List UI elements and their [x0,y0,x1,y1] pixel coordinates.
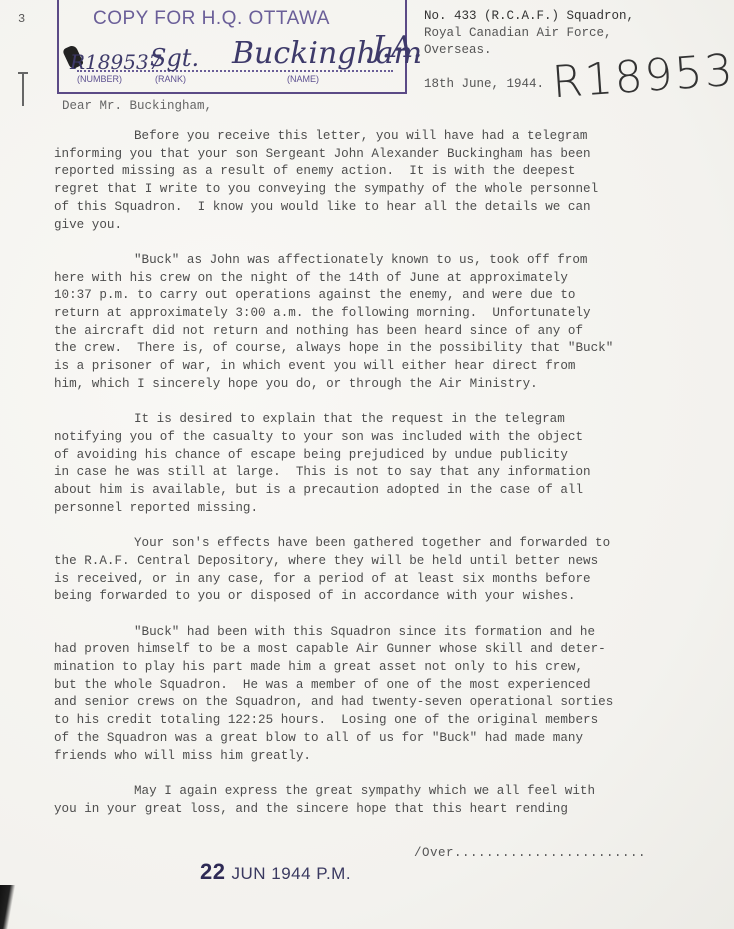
text-line: is received, or in any case, for a perio… [54,571,714,589]
text-line: you in your great loss, and the sincere … [54,801,714,819]
text-line: of the Squadron was a great blow to all … [54,730,714,748]
text-line: in case he was still at large. This is n… [54,464,714,482]
text-line: of avoiding his chance of escape being p… [54,447,714,465]
address-line: No. 433 (R.C.A.F.) Squadron, [424,8,634,25]
text-line: notifying you of the casualty to your so… [54,429,714,447]
letter-paragraph: "Buck" had been with this Squadron since… [54,624,714,766]
text-line: personnel reported missing. [54,500,714,518]
handwritten-rank: Sgt. [150,44,199,72]
letter-paragraph: It is desired to explain that the reques… [54,411,714,517]
page-edge-shadow [0,885,18,929]
text-line: the crew. There is, of course, always ho… [54,340,714,358]
stamp-label-rank: (RANK) [155,74,186,84]
text-line: here with his crew on the night of the 1… [54,270,714,288]
continued-over: /Over........................ [414,846,646,860]
text-line: "Buck" had been with this Squadron since… [54,624,714,642]
letter-paragraph: May I again express the great sympathy w… [54,783,714,818]
text-line: had proven himself to be a most capable … [54,641,714,659]
text-line: regret that I write to you conveying the… [54,181,714,199]
letter-page: 3 COPY FOR H.Q. OTTAWA (NUMBER) (RANK) (… [0,0,734,929]
text-line: and senior crews on the Squadron, and ha… [54,694,714,712]
letter-paragraph: "Buck" as John was affectionately known … [54,252,714,394]
text-line: Your son's effects have been gathered to… [54,535,714,553]
stamp-label-number: (NUMBER) [77,74,122,84]
letter-paragraph: Your son's effects have been gathered to… [54,535,714,606]
text-line: 10:37 p.m. to carry out operations again… [54,287,714,305]
text-line: about him is available, but is a precaut… [54,482,714,500]
address-line: Royal Canadian Air Force, [424,25,634,42]
text-line: of this Squadron. I know you would like … [54,199,714,217]
sender-address: No. 433 (R.C.A.F.) Squadron, Royal Canad… [424,8,634,59]
margin-mark: 3 [18,12,25,26]
text-line: him, which I sincerely hope you do, or t… [54,376,714,394]
text-line: It is desired to explain that the reques… [54,411,714,429]
text-line: but the whole Squadron. He was a member … [54,677,714,695]
text-line: to his credit totaling 122:25 hours. Los… [54,712,714,730]
handwritten-initials: J.A. [372,30,422,65]
text-line: friends who will miss him greatly. [54,748,714,766]
postmark-date: JUN 1944 P.M. [231,864,351,883]
letter-body: Before you receive this letter, you will… [54,128,714,836]
text-line: Before you receive this letter, you will… [54,128,714,146]
margin-tick [22,74,24,106]
text-line: return at approximately 3:00 a.m. the fo… [54,305,714,323]
text-line: being forwarded to you or disposed of in… [54,588,714,606]
stamp-label-name: (NAME) [287,74,319,84]
text-line: May I again express the great sympathy w… [54,783,714,801]
stamp-title: COPY FOR H.Q. OTTAWA [93,8,330,30]
date-received-stamp: 22JUN 1944 P.M. [200,859,351,885]
text-line: is a prisoner of war, in which event you… [54,358,714,376]
text-line: "Buck" as John was affectionately known … [54,252,714,270]
text-line: give you. [54,217,714,235]
postmark-day: 22 [200,859,225,884]
letter-date: 18th June, 1944. [424,77,544,91]
letter-paragraph: Before you receive this letter, you will… [54,128,714,234]
text-line: mination to play his part made him a gre… [54,659,714,677]
text-line: reported missing as a result of enemy ac… [54,163,714,181]
handwritten-number: R189537 [70,50,161,74]
text-line: informing you that your son Sergeant Joh… [54,146,714,164]
text-line: the aircraft did not return and nothing … [54,323,714,341]
salutation: Dear Mr. Buckingham, [62,99,212,113]
text-line: the R.A.F. Central Depository, where the… [54,553,714,571]
